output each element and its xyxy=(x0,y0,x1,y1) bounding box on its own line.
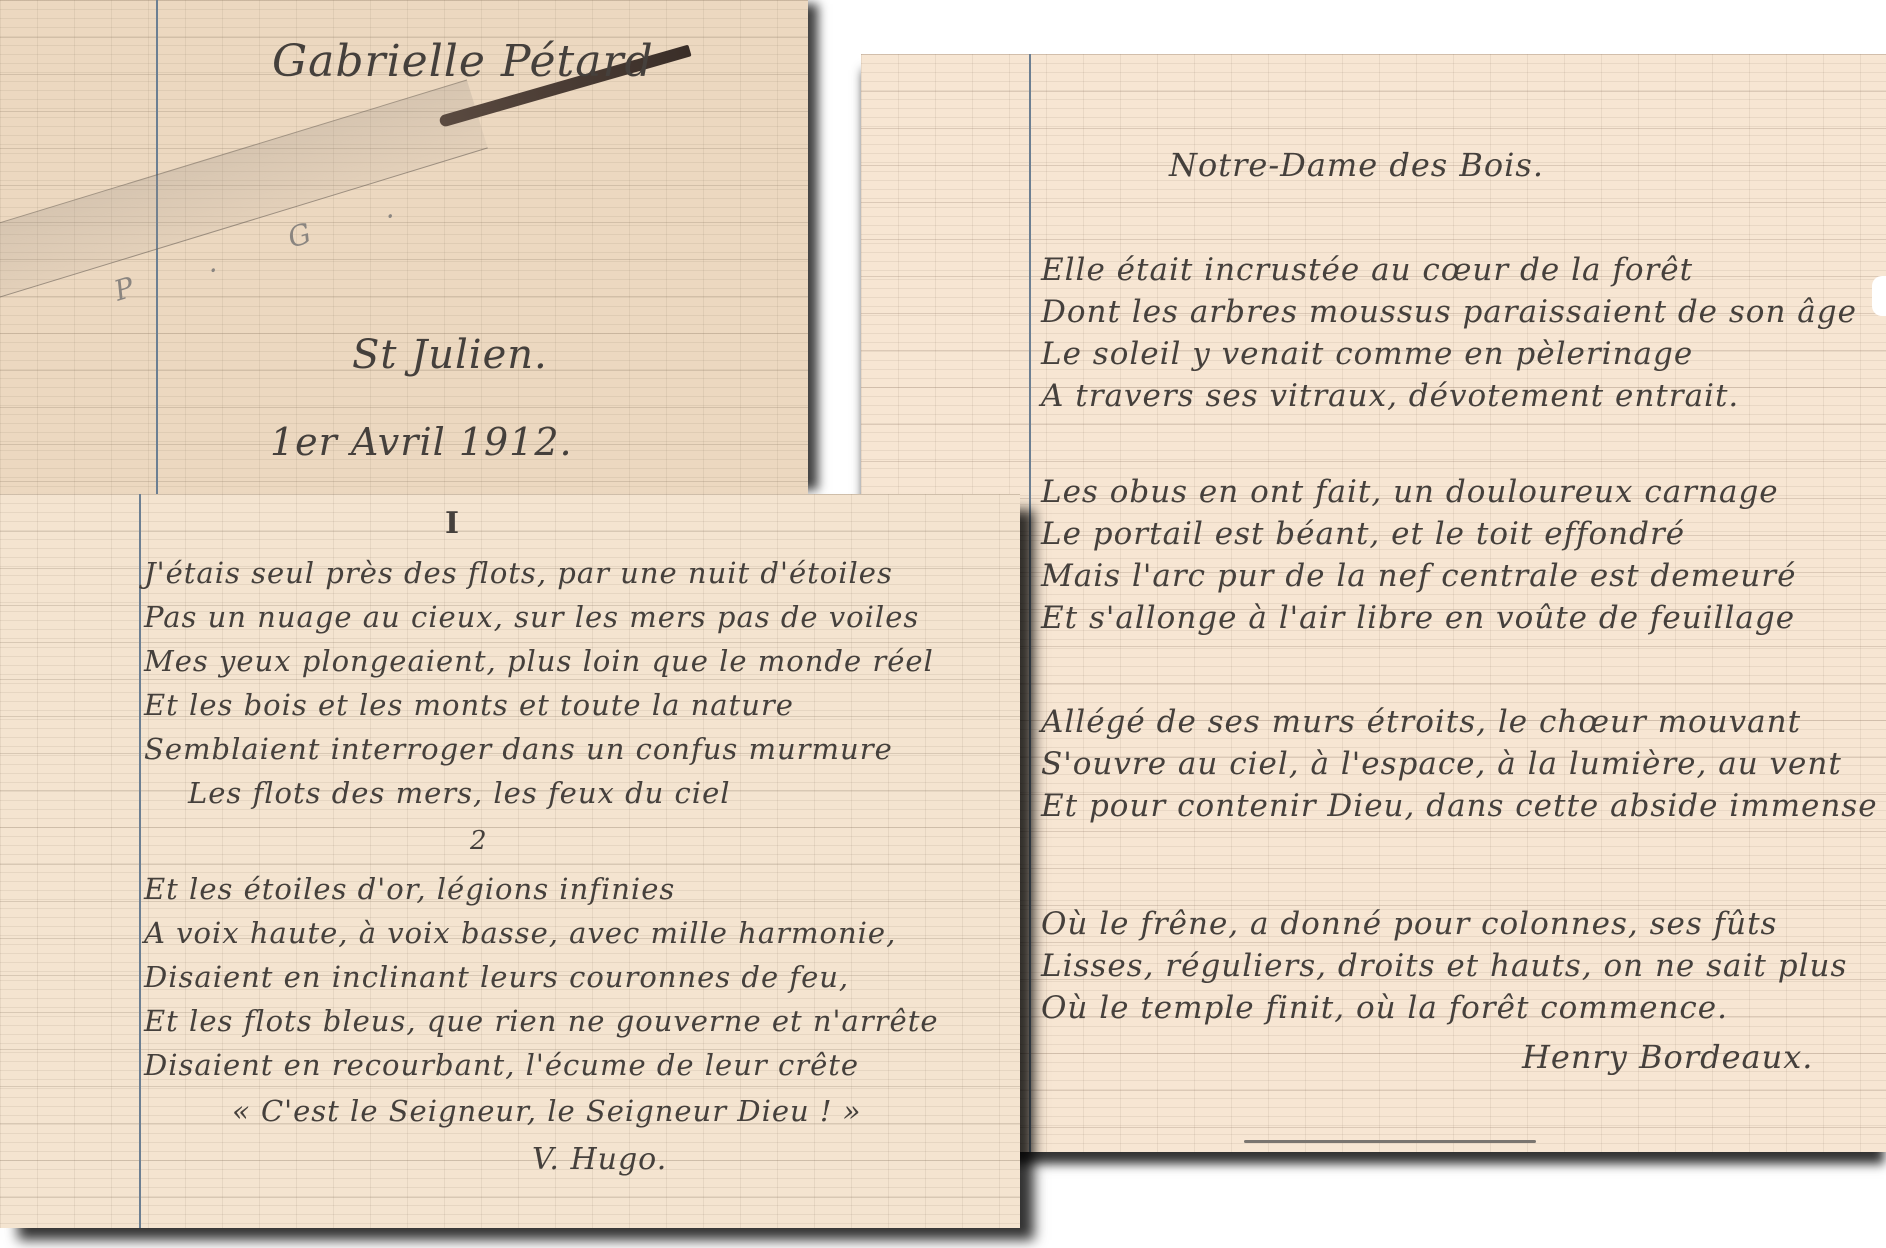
poem-line: Semblaient interroger dans un confus mur… xyxy=(144,732,893,766)
hugo-poem-page: I J'étais seul près des flots, par une n… xyxy=(0,494,1020,1228)
place-name: St Julien. xyxy=(352,332,548,378)
margin-rule xyxy=(139,494,141,1228)
closing-rule xyxy=(1244,1140,1536,1143)
poem-line-indented: Les flots des mers, les feux du ciel xyxy=(188,776,731,810)
poem-line: Où le frêne, a donné pour colonnes, ses … xyxy=(1041,906,1777,942)
poem-line: Et les étoiles d'or, légions infinies xyxy=(144,872,675,906)
owner-name: Gabrielle Pétard xyxy=(272,36,654,87)
poem-line: J'étais seul près des flots, par une nui… xyxy=(144,556,893,590)
date: 1er Avril 1912. xyxy=(270,420,573,464)
poem-line: Dont les arbres moussus paraissaient de … xyxy=(1041,294,1857,330)
poem-line: Pas un nuage au cieux, sur les mers pas … xyxy=(144,600,919,634)
quoted-line: « C'est le Seigneur, le Seigneur Dieu ! … xyxy=(232,1094,862,1128)
section-heading: I xyxy=(445,506,460,541)
poem-line: Et les bois et les monts et toute la nat… xyxy=(144,688,794,722)
poem-line: A travers ses vitraux, dévotement entrai… xyxy=(1041,378,1739,414)
stanza-number: 2 xyxy=(470,826,488,856)
poem-line: Et pour contenir Dieu, dans cette abside… xyxy=(1041,788,1878,824)
poem-line: A voix haute, à voix basse, avec mille h… xyxy=(144,916,896,950)
poem-line: Les obus en ont fait, un douloureux carn… xyxy=(1041,474,1779,510)
poem-line: Disaient en recourbant, l'écume de leur … xyxy=(144,1048,859,1082)
author-attribution: V. Hugo. xyxy=(532,1142,667,1177)
poem-line: Et s'allonge à l'air libre en voûte de f… xyxy=(1041,600,1795,636)
poem-line: Et les flots bleus, que rien ne gouverne… xyxy=(144,1004,939,1038)
poem-line: Elle était incrustée au cœur de la forêt xyxy=(1041,252,1693,288)
poem-line: Lisses, réguliers, droits et hauts, on n… xyxy=(1041,948,1847,984)
margin-rule xyxy=(1029,54,1031,1152)
poem-line: Mes yeux plongeaient, plus loin que le m… xyxy=(144,644,934,678)
poem-line: Le portail est béant, et le toit effondr… xyxy=(1041,516,1685,552)
cover-page: P . G . Gabrielle Pétard St Julien. 1er … xyxy=(0,0,808,494)
poem-line: Mais l'arc pur de la nef centrale est de… xyxy=(1041,558,1796,594)
poem-line: Disaient en inclinant leurs couronnes de… xyxy=(144,960,849,994)
poem-line: S'ouvre au ciel, à l'espace, à la lumièr… xyxy=(1041,746,1842,782)
poem-line: Le soleil y venait comme en pèlerinage xyxy=(1041,336,1693,372)
paper-tear xyxy=(1872,276,1886,316)
poem-line: Allégé de ses murs étroits, le chœur mou… xyxy=(1041,704,1801,740)
poem-title: Notre-Dame des Bois. xyxy=(1169,146,1544,184)
author-signature: Henry Bordeaux. xyxy=(1522,1038,1813,1076)
poem-line: Où le temple finit, où la forêt commence… xyxy=(1041,990,1728,1026)
